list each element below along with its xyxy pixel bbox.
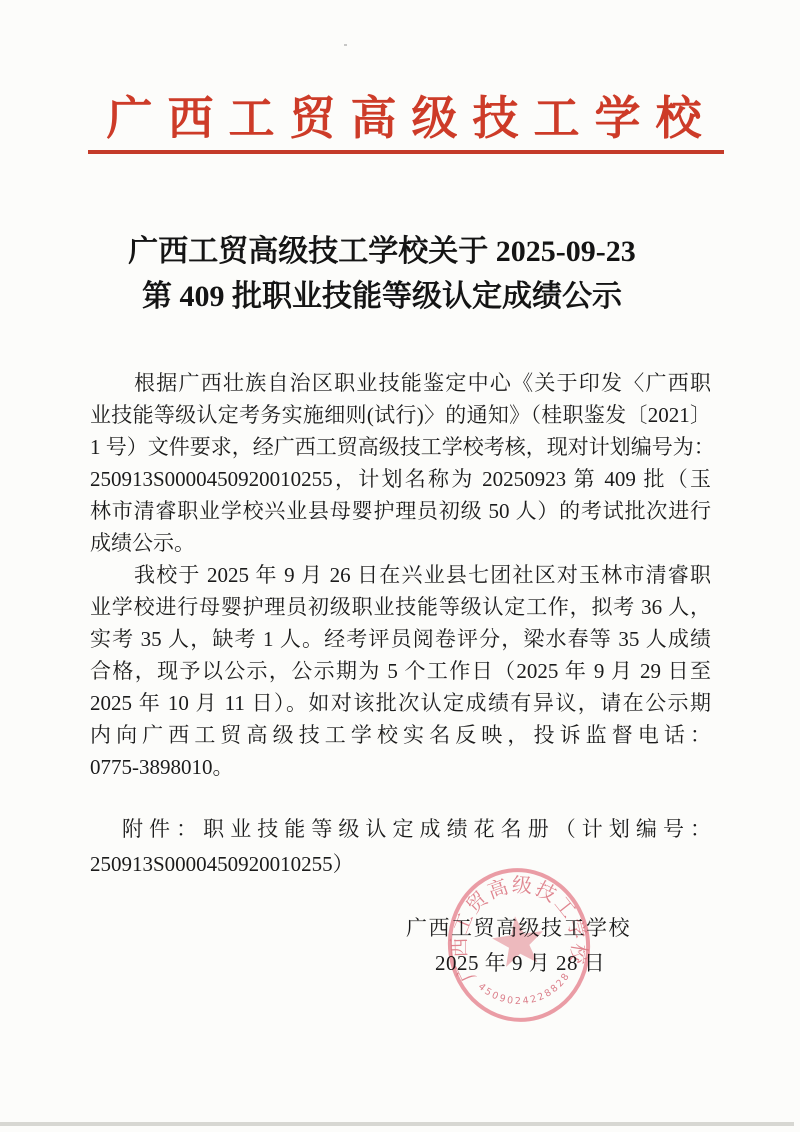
scan-speck	[344, 44, 347, 46]
paragraph1-line: 业技能等级认定考务实施细则(试行)〉的通知》（桂职鉴发〔2021〕	[90, 399, 711, 431]
paragraph2-line: 2025 年 10 月 11 日）。如对该批次认定成绩有异议，请在公示期	[90, 687, 711, 719]
attachment-line: 附件：职业技能等级认定成绩花名册（计划编号：	[90, 812, 711, 847]
paragraph1-line: 250913S0000450920010255，计划名称为 20250923 第…	[90, 463, 711, 495]
paragraph2-line: 0775-3898010。	[90, 751, 711, 783]
paragraph1-line: 林市清睿职业学校兴业县母婴护理员初级 50 人）的考试批次进行	[90, 495, 711, 527]
paragraph2-line: 合格，现予以公示，公示期为 5 个工作日（2025 年 9 月 29 日至	[90, 655, 711, 687]
paragraph1-line: 根据广西壮族自治区职业技能鉴定中心《关于印发〈广西职	[90, 367, 711, 399]
document-body: 根据广西壮族自治区职业技能鉴定中心《关于印发〈广西职 业技能等级认定考务实施细则…	[90, 367, 711, 882]
document-page: 广西工贸高级技工学校 广西工贸高级技工学校关于 2025-09-23 第 409…	[0, 0, 800, 1132]
paragraph1-line: 成绩公示。	[90, 527, 711, 559]
attachment-line: 250913S0000450920010255）	[90, 847, 711, 882]
paragraph2-line: 实考 35 人，缺考 1 人。经考评员阅卷评分，梁水春等 35 人成绩	[90, 623, 711, 655]
paragraph2-line: 我校于 2025 年 9 月 26 日在兴业县七团社区对玉林市清睿职	[90, 559, 711, 591]
document-title: 广西工贸高级技工学校关于 2025-09-23 第 409 批职业技能等级认定成…	[70, 229, 694, 319]
official-seal: 广西工贸高级技工学校 4509024228828	[441, 861, 597, 1029]
paragraph2-line: 内向广西工贸高级技工学校实名反映，投诉监督电话：	[90, 719, 711, 751]
letterhead-red-rule	[88, 150, 724, 154]
letterhead-school-name: 广西工贸高级技工学校	[76, 94, 732, 144]
seal-star-icon	[490, 913, 548, 969]
document-title-line2: 第 409 批职业技能等级认定成绩公示	[70, 274, 694, 319]
attachment-section: 附件：职业技能等级认定成绩花名册（计划编号： 250913S0000450920…	[90, 812, 711, 882]
document-title-line1: 广西工贸高级技工学校关于 2025-09-23	[70, 229, 694, 274]
scan-edge-line	[0, 1122, 794, 1126]
paragraph1-line: 1 号）文件要求，经广西工贸高级技工学校考核，现对计划编号为：	[90, 431, 711, 463]
paragraph2-line: 业学校进行母婴护理员初级职业技能等级认定工作，拟考 36 人，	[90, 591, 711, 623]
